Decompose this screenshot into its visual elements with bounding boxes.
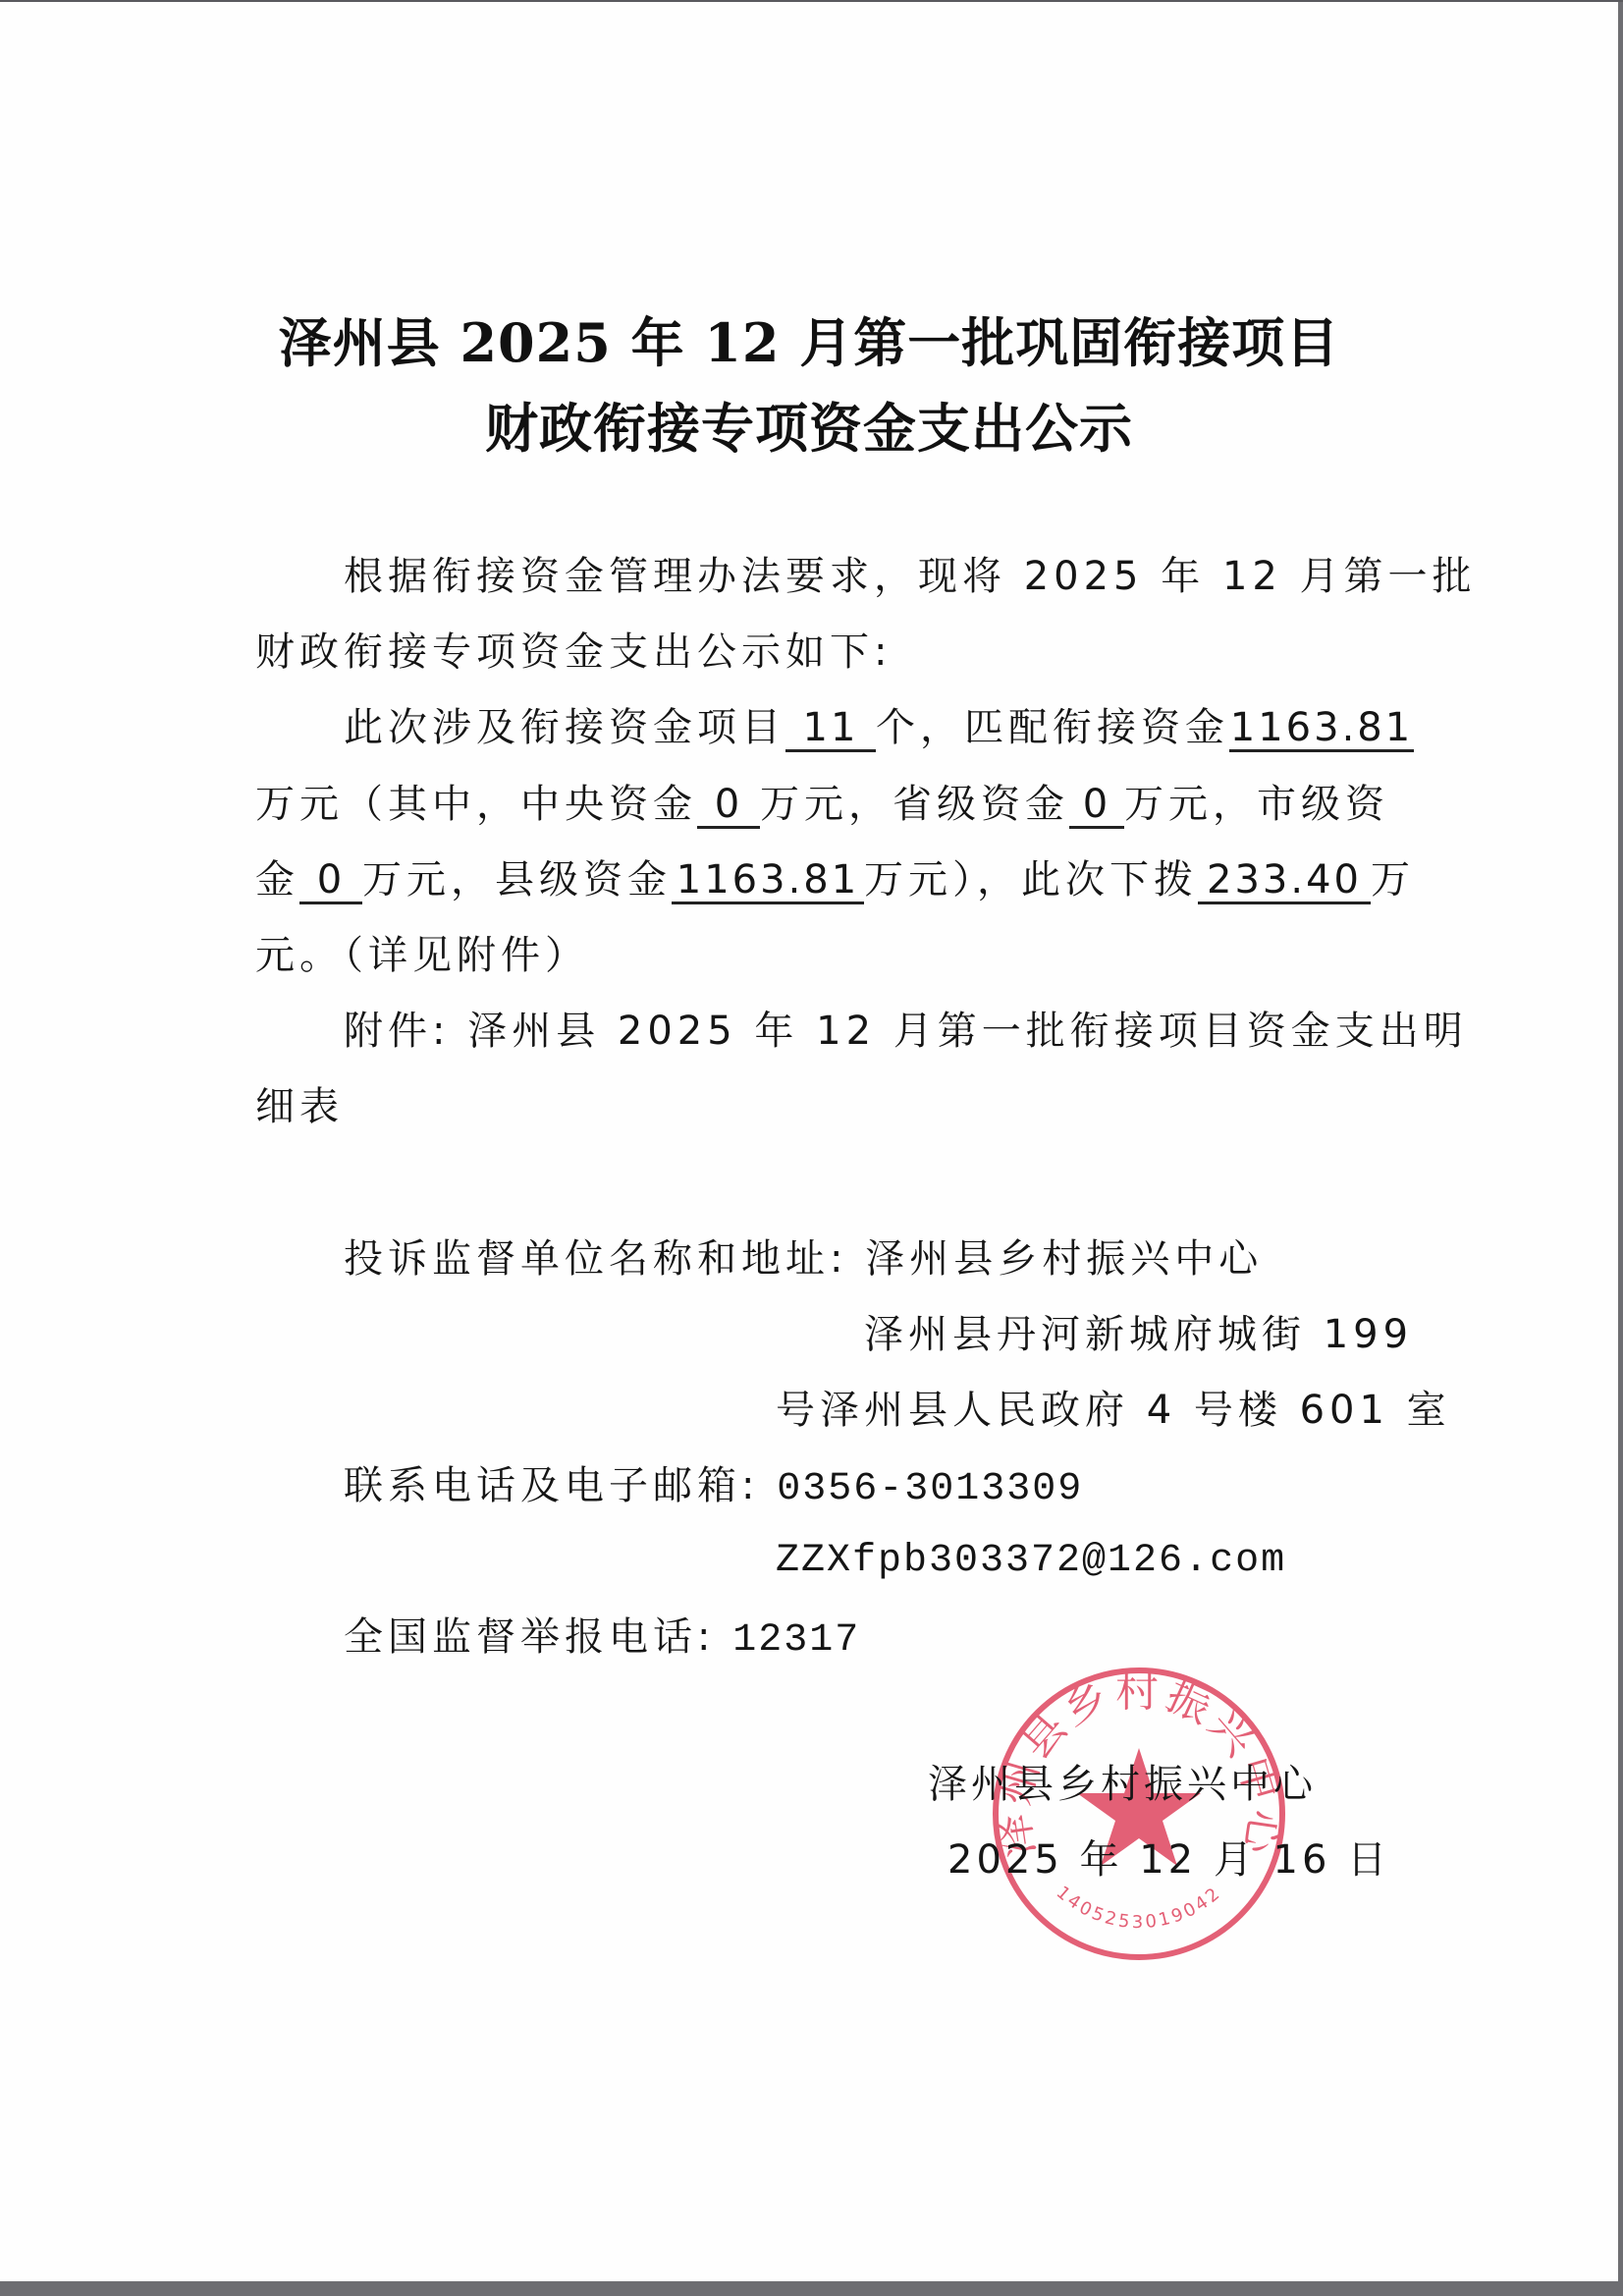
address-line1: 泽州县丹河新城府城街 199 <box>864 1310 1413 1359</box>
funding-line2: 万元（其中，中央资金0万元，省级资金0万元，市级资 <box>255 780 1389 829</box>
document-page: 泽州县 2025 年 12 月第一批巩固衔接项目 财政衔接专项资金支出公示 根据… <box>0 2 1618 2281</box>
allocated-unit: 万 <box>1371 857 1415 902</box>
city-prefix: 金 <box>255 857 299 902</box>
signature-organization: 泽州县乡村振兴中心 <box>928 1760 1317 1809</box>
svg-text:1405253019042: 1405253019042 <box>1053 1883 1226 1933</box>
intro-line1: 根据衔接资金管理办法要求，现将 2025 年 12 月第一批 <box>344 552 1477 601</box>
funding-line3: 金0万元，县级资金1163.81万元），此次下拨233.40万 <box>255 855 1415 904</box>
hotline-line: 全国监督举报电话: 12317 <box>344 1613 860 1666</box>
funding-line1: 此次涉及衔接资金项目11个，匹配衔接资金1163.81 <box>344 703 1414 752</box>
phone-number: 0356-3013309 <box>777 1467 1083 1511</box>
county-unit: 万元），此次下拨 <box>864 857 1198 902</box>
official-seal-icon: 泽州县乡村振兴中心 1405253019042 <box>987 1662 1291 1966</box>
provincial-amount: 0 <box>1069 783 1124 829</box>
total-amount: 1163.81 <box>1229 706 1414 752</box>
phone-email-line: 联系电话及电子邮箱: 0356-3013309 <box>344 1461 1083 1514</box>
document-title-line2: 财政衔接专项资金支出公示 <box>0 387 1618 463</box>
attachment-line2: 细表 <box>255 1082 344 1131</box>
intro-line2: 财政衔接专项资金支出公示如下: <box>255 628 892 677</box>
funding-line4: 元。（详见附件） <box>255 931 589 980</box>
document-title-line1: 泽州县 2025 年 12 月第一批巩固衔接项目 <box>0 301 1618 377</box>
central-amount: 0 <box>697 783 760 829</box>
hotline-number: 12317 <box>732 1618 860 1663</box>
supervisor-label: 投诉监督单位名称和地址: <box>344 1236 847 1282</box>
signature-date: 2025 年 12 月 16 日 <box>947 1835 1390 1885</box>
email-address: ZZXfpb303372@126.com <box>776 1537 1286 1586</box>
address-line2: 号泽州县人民政府 4 号楼 601 室 <box>776 1386 1451 1435</box>
project-count: 11 <box>785 706 876 752</box>
county-amount: 1163.81 <box>672 858 864 904</box>
city-amount: 0 <box>299 858 362 904</box>
allocated-amount: 233.40 <box>1198 858 1371 904</box>
hotline-label: 全国监督举报电话: <box>344 1614 715 1660</box>
attachment-line1: 附件: 泽州县 2025 年 12 月第一批衔接项目资金支出明 <box>344 1007 1468 1056</box>
funding-breakdown-prefix: 万元（其中，中央资金 <box>255 782 697 827</box>
city-unit: 万元，县级资金 <box>362 857 672 902</box>
count-unit: 个，匹配衔接资金 <box>876 705 1229 750</box>
funding-prefix: 此次涉及衔接资金项目 <box>344 705 785 750</box>
supervisor-name: 泽州县乡村振兴中心 <box>865 1236 1263 1282</box>
supervisor-line: 投诉监督单位名称和地址: 泽州县乡村振兴中心 <box>344 1234 1263 1284</box>
phone-email-label: 联系电话及电子邮箱: <box>344 1463 759 1508</box>
central-unit: 万元，省级资金 <box>760 782 1069 827</box>
provincial-unit: 万元，市级资 <box>1124 782 1389 827</box>
